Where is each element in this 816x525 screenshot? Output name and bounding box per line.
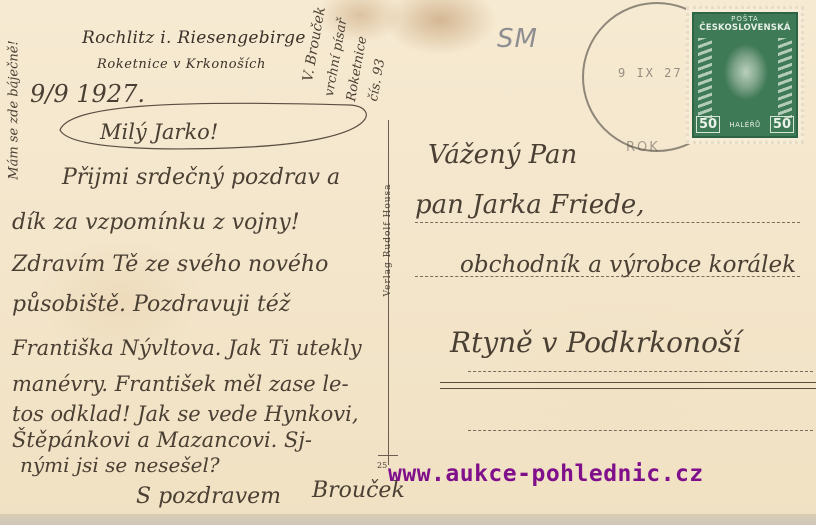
town-underline <box>440 382 816 389</box>
stamp-value-left: 50 <box>696 116 720 133</box>
pencil-mark: SM <box>497 24 538 54</box>
portrait-icon <box>716 38 778 118</box>
message-line: působiště. Pozdravuji též <box>12 292 290 317</box>
address-line <box>468 430 813 431</box>
stamp-country: ČESKOSLOVENSKÁ <box>694 24 796 33</box>
postmark-date: 9 IX 27 <box>618 66 683 80</box>
message-line: dík za vzpomínku z vojny! <box>12 210 300 235</box>
laurel-left-icon <box>698 38 712 118</box>
card-edge <box>0 514 816 525</box>
sender-note-line: čís. 93 <box>366 58 388 103</box>
watermark-link[interactable]: www.aukce-pohlednic.cz <box>388 461 704 487</box>
stamp-header: POŠTA <box>694 16 796 23</box>
message-line: Zdravím Tě ze svého nového <box>12 252 328 277</box>
closing: S pozdravem <box>136 484 281 509</box>
address-line <box>415 222 800 223</box>
address-salutation: Vážený Pan <box>428 140 577 170</box>
plate-number: 25 <box>377 461 387 470</box>
message-line: Přijmi srdečný pozdrav a <box>62 165 340 190</box>
laurel-right-icon <box>778 38 792 118</box>
printed-subtitle: Roketnice v Krkonoších <box>97 57 266 72</box>
message-line: nými jsi se nesešel? <box>20 453 220 477</box>
message-line: Františka Nývltova. Jak Ti utekly <box>12 336 362 360</box>
stamp-value-right: 50 <box>770 116 794 133</box>
address-occupation: obchodník a výrobce korálek <box>460 252 796 278</box>
greeting: Milý Jarko! <box>100 120 218 144</box>
printed-title: Rochlitz i. Riesengebirge <box>82 28 306 48</box>
message-line: Štěpánkovi a Mazancovi. Sj- <box>12 428 312 452</box>
side-note: Mám se zde báječně! <box>7 40 22 179</box>
message-line: tos odklad! Jak se vede Hynkovi, <box>12 402 359 426</box>
divider-tick <box>378 455 398 456</box>
publisher-imprint: Verlag Rudolf Housa <box>383 183 393 296</box>
address-line <box>468 371 813 372</box>
address-name: pan Jarka Friede, <box>415 190 645 220</box>
postmark-town: ROK <box>626 140 660 155</box>
address-line <box>415 276 800 277</box>
postcard-back: Rochlitz i. Riesengebirge Roketnice v Kr… <box>0 0 816 525</box>
address-town: Rtyně v Podkrkonoší <box>450 326 741 359</box>
stamp-unit: HALÉŘŮ <box>729 121 760 129</box>
postage-stamp: POŠTA ČESKOSLOVENSKÁ 50 HALÉŘŮ 50 <box>686 6 804 144</box>
message-line: manévry. František měl zase le- <box>12 372 349 396</box>
